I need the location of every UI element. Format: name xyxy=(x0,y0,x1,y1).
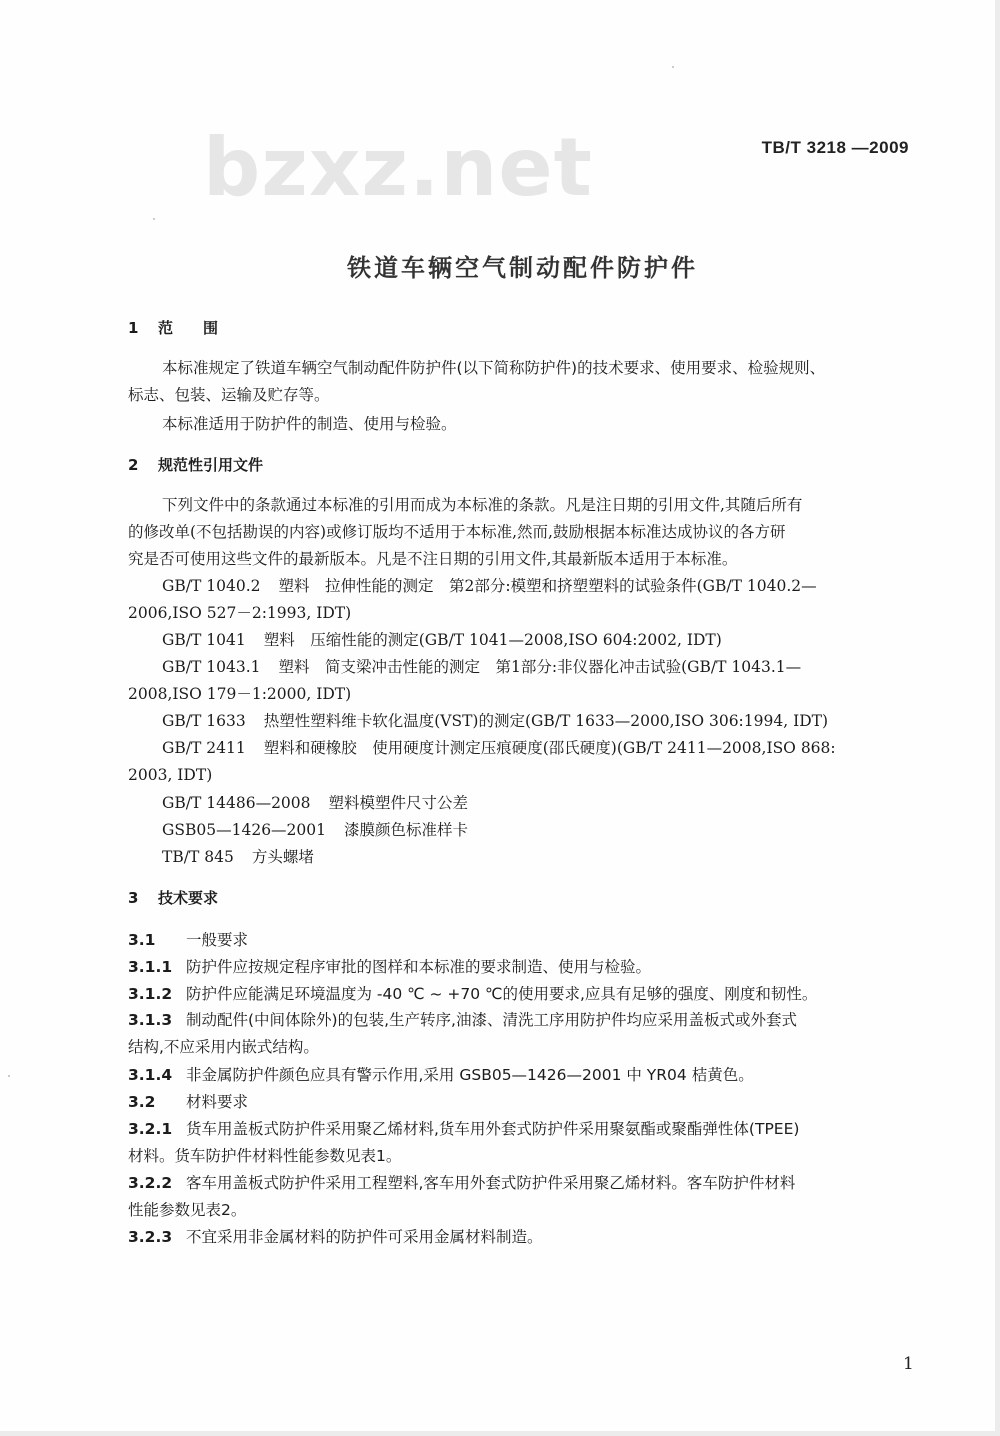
subsection-title: 一般要求 xyxy=(186,931,248,949)
clause-text: 非金属防护件颜色应具有警示作用,采用 GSB05—1426—2001 中 YR0… xyxy=(186,1066,754,1084)
reference-code: TB/T 845 xyxy=(162,848,234,866)
clause-text: 防护件应按规定程序审批的图样和本标准的要求制造、使用与检验。 xyxy=(186,958,651,976)
subsection-number: 3.2 xyxy=(128,1092,186,1112)
section-2-heading: 2规范性引用文件 xyxy=(128,455,918,475)
clause-3-2-1: 3.2.1货车用盖板式防护件采用聚乙烯材料,货车用外套式防护件采用聚氨酯或聚酯弹… xyxy=(128,1119,918,1139)
section-title: 范 围 xyxy=(158,319,218,337)
document-title: 铁道车辆空气制动配件防护件 xyxy=(0,248,1000,283)
reference-title: 塑料和硬橡胶 使用硬度计测定压痕硬度(邵氏硬度)(GB/T 2411—2008,… xyxy=(264,739,836,757)
subsection-3-1-heading: 3.1一般要求 xyxy=(128,930,918,950)
clause-3-2-3: 3.2.3不宜采用非金属材料的防护件可采用金属材料制造。 xyxy=(128,1227,918,1247)
standard-code: TB/T 3218 —2009 xyxy=(762,138,909,158)
watermark: bzxz.net xyxy=(203,128,593,208)
reference-item: GB/T 2411塑料和硬橡胶 使用硬度计测定压痕硬度(邵氏硬度)(GB/T 2… xyxy=(162,738,952,758)
clause-number: 3.1.4 xyxy=(128,1065,186,1085)
clause-3-1-4: 3.1.4非金属防护件颜色应具有警示作用,采用 GSB05—1426—2001 … xyxy=(128,1065,918,1085)
section-3-heading: 3技术要求 xyxy=(128,888,918,908)
reference-code: GB/T 2411 xyxy=(162,739,246,757)
paragraph-line: 标志、包装、运输及贮存等。 xyxy=(128,385,918,405)
clause-3-1-2: 3.1.2防护件应能满足环境温度为 -40 ℃ ~ +70 ℃的使用要求,应具有… xyxy=(128,984,918,1004)
reference-item: GB/T 14486—2008塑料模塑件尺寸公差 xyxy=(162,793,952,813)
clause-text: 防护件应能满足环境温度为 -40 ℃ ~ +70 ℃的使用要求,应具有足够的强度… xyxy=(186,985,817,1003)
paragraph-line: 本标准规定了铁道车辆空气制动配件防护件(以下简称防护件)的技术要求、使用要求、检… xyxy=(162,358,952,378)
section-number: 3 xyxy=(128,888,158,908)
reference-code: GB/T 1040.2 xyxy=(162,577,261,595)
clause-3-1-1: 3.1.1防护件应按规定程序审批的图样和本标准的要求制造、使用与检验。 xyxy=(128,957,918,977)
document-page: bzxz.net TB/T 3218 —2009 铁道车辆空气制动配件防护件 1… xyxy=(0,0,995,1431)
section-title: 技术要求 xyxy=(158,889,218,907)
reference-item: GB/T 1040.2塑料 拉伸性能的测定 第2部分:模塑和挤塑塑料的试验条件(… xyxy=(162,576,952,596)
reference-code: GSB05—1426—2001 xyxy=(162,821,326,839)
reference-item: GSB05—1426—2001漆膜颜色标准样卡 xyxy=(162,820,952,840)
reference-code: GB/T 1633 xyxy=(162,712,246,730)
reference-item: GB/T 1041塑料 压缩性能的测定(GB/T 1041—2008,ISO 6… xyxy=(162,630,952,650)
clause-number: 3.1.1 xyxy=(128,957,186,977)
reference-title: 塑料 拉伸性能的测定 第2部分:模塑和挤塑塑料的试验条件(GB/T 1040.2… xyxy=(279,577,817,595)
clause-number: 3.2.2 xyxy=(128,1173,186,1193)
reference-title: 塑料 压缩性能的测定(GB/T 1041—2008,ISO 604:2002, … xyxy=(264,631,722,649)
clause-text: 货车用盖板式防护件采用聚乙烯材料,货车用外套式防护件采用聚氨酯或聚酯弹性体(TP… xyxy=(186,1120,799,1138)
paragraph-line: 的修改单(不包括勘误的内容)或修订版均不适用于本标准,然而,鼓励根据本标准达成协… xyxy=(128,522,918,542)
paragraph-line: 本标准适用于防护件的制造、使用与检验。 xyxy=(162,414,952,434)
scan-speck xyxy=(8,1075,10,1077)
section-number: 1 xyxy=(128,318,158,338)
clause-number: 3.2.1 xyxy=(128,1119,186,1139)
clause-continuation: 材料。货车防护件材料性能参数见表1。 xyxy=(128,1146,918,1166)
paragraph-line: 下列文件中的条款通过本标准的引用而成为本标准的条款。凡是注日期的引用文件,其随后… xyxy=(162,495,952,515)
reference-continuation: 2008,ISO 179－1:2000, IDT) xyxy=(128,684,918,704)
clause-number: 3.1.3 xyxy=(128,1010,186,1030)
scan-speck xyxy=(672,66,674,68)
section-title: 规范性引用文件 xyxy=(158,456,263,474)
clause-text: 制动配件(中间体除外)的包装,生产转序,油漆、清洗工序用防护件均应采用盖板式或外… xyxy=(186,1011,797,1029)
reference-item: GB/T 1043.1塑料 简支梁冲击性能的测定 第1部分:非仪器化冲击试验(G… xyxy=(162,657,952,677)
reference-code: GB/T 1041 xyxy=(162,631,246,649)
subsection-title: 材料要求 xyxy=(186,1093,248,1111)
reference-title: 方头螺堵 xyxy=(252,848,314,866)
clause-3-1-3: 3.1.3制动配件(中间体除外)的包装,生产转序,油漆、清洗工序用防护件均应采用… xyxy=(128,1010,918,1030)
paragraph-line: 究是否可使用这些文件的最新版本。凡是不注日期的引用文件,其最新版本适用于本标准。 xyxy=(128,549,918,569)
reference-continuation: 2003, IDT) xyxy=(128,765,918,785)
section-number: 2 xyxy=(128,455,158,475)
reference-code: GB/T 14486—2008 xyxy=(162,794,311,812)
subsection-3-2-heading: 3.2材料要求 xyxy=(128,1092,918,1112)
clause-continuation: 结构,不应采用内嵌式结构。 xyxy=(128,1037,918,1057)
reference-item: GB/T 1633热塑性塑料维卡软化温度(VST)的测定(GB/T 1633—2… xyxy=(162,711,952,731)
clause-number: 3.2.3 xyxy=(128,1227,186,1247)
reference-continuation: 2006,ISO 527－2:1993, IDT) xyxy=(128,603,918,623)
reference-title: 塑料 简支梁冲击性能的测定 第1部分:非仪器化冲击试验(GB/T 1043.1— xyxy=(279,658,802,676)
clause-continuation: 性能参数见表2。 xyxy=(128,1200,918,1220)
clause-text: 客车用盖板式防护件采用工程塑料,客车用外套式防护件采用聚乙烯材料。客车防护件材料 xyxy=(186,1174,795,1192)
subsection-number: 3.1 xyxy=(128,930,186,950)
page-number: 1 xyxy=(903,1354,914,1374)
reference-title: 漆膜颜色标准样卡 xyxy=(344,821,468,839)
reference-title: 热塑性塑料维卡软化温度(VST)的测定(GB/T 1633—2000,ISO 3… xyxy=(264,712,828,730)
clause-text: 不宜采用非金属材料的防护件可采用金属材料制造。 xyxy=(186,1228,543,1246)
reference-item: TB/T 845方头螺堵 xyxy=(162,847,952,867)
reference-title: 塑料模塑件尺寸公差 xyxy=(329,794,469,812)
clause-3-2-2: 3.2.2客车用盖板式防护件采用工程塑料,客车用外套式防护件采用聚乙烯材料。客车… xyxy=(128,1173,918,1193)
scan-speck xyxy=(153,218,155,220)
clause-number: 3.1.2 xyxy=(128,984,186,1004)
section-1-heading: 1范 围 xyxy=(128,318,918,338)
reference-code: GB/T 1043.1 xyxy=(162,658,261,676)
